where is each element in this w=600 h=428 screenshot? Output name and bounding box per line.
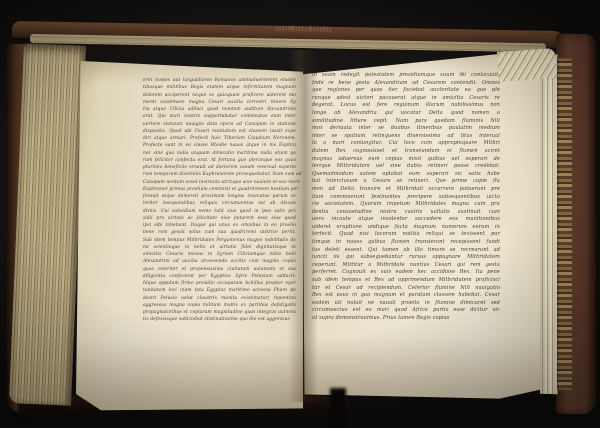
top-right-corner-sheets bbox=[497, 48, 557, 82]
manuscript-text-line: men ad Delta transire et Mithridati occu… bbox=[312, 186, 500, 194]
manuscript-text-line: tunitatem loci (nam tota Egyptus maritim… bbox=[143, 287, 296, 295]
manuscript-text-line: leriter insequentibus reliquis circumuen… bbox=[143, 200, 296, 208]
manuscript-text-line: destri Pelusio uelut claustris munita ex… bbox=[143, 294, 296, 302]
manuscript-text-line: erat. Qui mari nostris supportabatur com… bbox=[143, 113, 296, 121]
left-page-text: eret hostes aut languidiores Romanos ani… bbox=[143, 77, 296, 324]
right-decorated-fore-edge bbox=[557, 58, 572, 390]
manuscript-text-line: nor sine quo nulla unquam dimicatio mari… bbox=[143, 149, 296, 157]
manuscript-text-line: quas celeriter et propensissima ciuitatu… bbox=[143, 265, 296, 273]
gutter-bottom-notch bbox=[330, 388, 346, 428]
manuscript-text-line: datem Rex cognouisset et transeundum ei … bbox=[312, 148, 500, 156]
manuscript-text-line: longe ab Alexandria qui uocatur Delta qu… bbox=[312, 110, 500, 118]
manuscript-text-line: Canopum uentum esset instructa utrinque … bbox=[143, 178, 296, 186]
manuscript-text-line: rum temporum dissimilis Euphranorem pros… bbox=[143, 171, 296, 179]
manuscript-text-line: rie societatem. Quorum impetum Mithridat… bbox=[312, 201, 500, 209]
manuscript-text-line: ut supra demonstrauimus. Prius tamen Reg… bbox=[312, 315, 500, 323]
manuscript-text-line: que regiones per quas iter faciebat auct… bbox=[312, 87, 500, 95]
manuscript-text-line: dolorem acciperent neque se quicquam pro… bbox=[143, 91, 296, 99]
manuscript-text-line: sub idem tempus et Rex ad opprimendum Mi… bbox=[312, 277, 500, 285]
stamp-glyphs: ıılıMıllıAılıllı bbox=[276, 26, 333, 34]
right-page-sheet-edges bbox=[540, 54, 558, 394]
right-page-text: in suam redegit potestatem presidiumque … bbox=[312, 72, 500, 323]
manuscript-text-line: uertere statuunt nauigiis data opera ad … bbox=[143, 120, 296, 128]
top-edge-stamp: ıılıMıllıAılıllı bbox=[272, 25, 336, 36]
manuscript-text-line: drinis. Cui subsidium nemo tulit siue qu… bbox=[143, 207, 296, 215]
manuscript-text-line: Sub idem tempus Mithridates Pergamenus m… bbox=[143, 236, 296, 244]
photo-background: ıılıMıllıAılıllı eret hostes aut languid… bbox=[0, 0, 600, 428]
manuscript-text-line: lerique Mithridatem uel sine dubio retin… bbox=[312, 163, 500, 171]
manuscript-text-line: tibusque militibus Regis etatem atque in… bbox=[143, 84, 296, 92]
manuscript-text-line: Rex est usus in quo magnam et paratam cl… bbox=[312, 292, 500, 300]
manuscript-text-line: in suam redegit potestatem presidiumque … bbox=[312, 72, 500, 80]
manuscript-text-line: bene rem gessit solus cum sua quadriremi… bbox=[143, 229, 296, 237]
manuscript-text-line: mox deriuata inter se duobus itineribus … bbox=[312, 125, 500, 133]
manuscript-text-line: Profecte sunt in ea classe Rhodie naues … bbox=[143, 142, 296, 150]
manuscript-text-line: timque in naues quibus flumen transieran… bbox=[312, 239, 500, 247]
manuscript-text-line: Alexandrini ad auxilia arcessenda acciti… bbox=[143, 258, 296, 266]
manuscript-text-line: tis defessisque subiciebat obstinatissim… bbox=[143, 316, 296, 324]
